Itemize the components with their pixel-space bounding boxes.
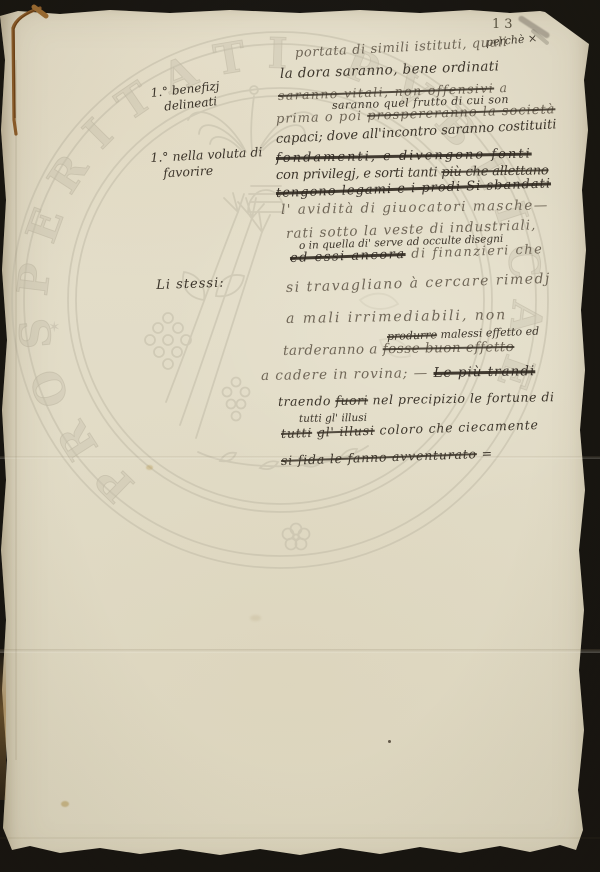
handwritten-text: traendo (278, 393, 336, 409)
manuscript-line: l' avidità di giuocatori masche— (281, 197, 549, 218)
handwritten-text: coloro che ciecamente (374, 417, 539, 438)
manuscript-line: a mali irrimediabili, non (286, 307, 508, 327)
manuscript-line: a cadere in rovina; — Le più trandi (261, 363, 536, 384)
manuscript-line: traendo fuori nel precipizio le fortune … (278, 389, 555, 409)
manuscript-line: fondamenti, e divengono fonti (276, 147, 532, 166)
manuscript-line: tarderanno a fosse buon effetto (283, 339, 515, 359)
handwritten-text: si travagliano à cercare rimedj (286, 271, 551, 296)
manuscript-line: portata di simili istituti, quali (295, 35, 508, 61)
document-scan: PROSPERITATI PVBLICAE ✶ (0, 0, 600, 872)
handwritten-text: a cadere in rovina; — (261, 365, 434, 384)
handwritten-text: = (477, 446, 494, 462)
manuscript-text-block: perchè ×portata di simili istituti, qual… (0, 0, 600, 872)
struck-text: si fida le fanno avventurato (281, 446, 477, 468)
handwritten-text: tarderanno a (283, 341, 383, 359)
handwritten-text: l' avidità di giuocatori masche— (281, 197, 549, 218)
struck-text: Le più trandi (433, 363, 535, 381)
manuscript-line: la dora saranno, bene ordinati (280, 58, 500, 82)
handwritten-text: portata di simili istituti, quali (295, 35, 508, 61)
struck-text: tutti (281, 425, 313, 441)
handwritten-text: prima o poi (276, 109, 368, 127)
handwritten-text: a mali irrimediabili, non (286, 307, 508, 327)
struck-text: fuori (335, 392, 368, 408)
manuscript-line: si travagliano à cercare rimedj (286, 271, 551, 296)
manuscript-line: si fida le fanno avventurato = (281, 446, 493, 468)
struck-text: ed essi ancora (290, 247, 406, 266)
handwritten-text: la dora saranno, bene ordinati (280, 58, 500, 82)
handwritten-text: nel precipizio le fortune di (368, 389, 555, 407)
struck-text: fondamenti, e divengono fonti (276, 147, 532, 166)
struck-text: gl' illusi (317, 423, 375, 440)
struck-text: fosse buon effetto (383, 339, 515, 357)
